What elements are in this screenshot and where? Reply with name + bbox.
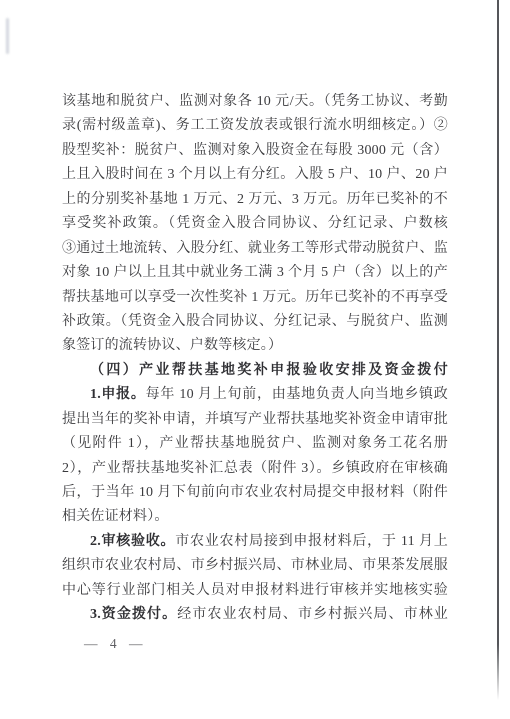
text-line: 中心等行业部门相关人员对申报材料进行审核并实地核实验收。 [62,579,448,603]
text-line: 3.资金拨付。经市农业农村局、市乡村振兴局、市林业局、 [62,603,448,627]
text-line: 上的分别奖补基地 1 万元、2 万元、3 万元。历年已奖补的不再 [62,188,448,212]
document-page: 该基地和脱贫户、监测对象各 10 元/天。（凭务工协议、考勤记录(需村级盖章)、… [0,0,510,719]
text-line: 股型奖补：脱贫户、监测对象入股资金在每股 3000 元（含）以 [62,139,448,163]
page-number: — 4 — [84,636,144,652]
text-line: ③通过土地流转、入股分红、就业务工等形式带动脱贫户、监测 [62,237,448,261]
text-line: （见附件 1），产业帮扶基地脱贫户、监测对象务工花名册（附件 [62,432,448,456]
text-line: 象签订的流转协议、户数等核定。） [62,334,448,358]
text-line: 享受奖补政策。（凭资金入股合同协议、分红记录、户数核定）。 [62,212,448,236]
text-line: 2.审核验收。市农业农村局接到申报材料后，于 11 月上旬 [62,530,448,554]
text-line: 该基地和脱贫户、监测对象各 10 元/天。（凭务工协议、考勤记 [62,90,448,114]
text-line: 相关佐证材料）。 [62,505,448,529]
text-line-bold-lead: （四）产业帮扶基地奖补申报验收安排及资金拨付 [90,363,448,378]
text-line: 后，于当年 10 月下旬前向市农业农村局提交申报材料（附件及 [62,481,448,505]
text-line: 对象 10 户以上且其中就业务工满 3 个月 5 户（含）以上的产业 [62,261,448,285]
text-line: 1.申报。每年 10 月上旬前，由基地负责人向当地乡镇政府 [62,383,448,407]
text-line: 录(需村级盖章)、务工工资发放表或银行流水明细核定。）②入 [62,114,448,138]
text-line-bold-lead: 1.申报。 [90,387,146,402]
text-line-bold-lead: 2.审核验收。 [90,534,175,549]
text-line: 组织市农业农村局、市乡村振兴局、市林业局、市果茶发展服务 [62,554,448,578]
scan-smudge-artifact [6,18,9,54]
text-line: 提出当年的奖补申请，并填写产业帮扶基地奖补资金申请审批表 [62,408,448,432]
page-text: 该基地和脱贫户、监测对象各 10 元/天。（凭务工协议、考勤记录(需村级盖章)、… [62,90,448,628]
text-line: 2），产业帮扶基地奖补汇总表（附件 3）。乡镇政府在审核确认 [62,457,448,481]
text-line: 帮扶基地可以享受一次性奖补 1 万元。历年已奖补的不再享受奖 [62,286,448,310]
text-line: 补政策。（凭资金入股合同协议、分红记录、与脱贫户、监测对 [62,310,448,334]
text-line: （四）产业帮扶基地奖补申报验收安排及资金拨付 [62,359,448,383]
scan-edge-line [497,0,499,700]
text-line: 上且入股时间在 3 个月以上有分红。入股 5 户、10 户、20 户以 [62,163,448,187]
text-line-bold-lead: 3.资金拨付。 [90,607,177,622]
